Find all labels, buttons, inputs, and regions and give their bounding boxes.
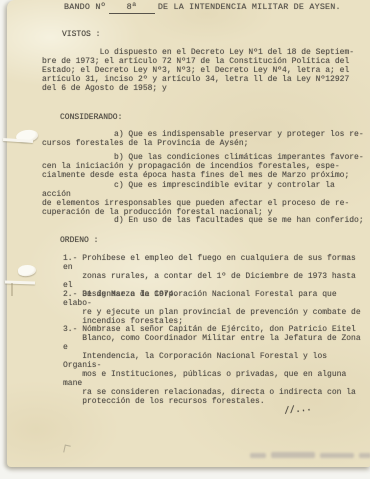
considerando-heading: CONSIDERANDO: xyxy=(60,113,122,122)
bando-header-suffix: DE LA INTENDENCIA MILITAR DE AYSEN. xyxy=(158,2,341,12)
considerando-item-c: c) Que es imprescindible evitar y contro… xyxy=(42,181,368,217)
considerando-item-d: d) En uso de las facultades que se me ha… xyxy=(42,216,368,225)
bando-number: 8ª xyxy=(109,3,155,14)
ordeno-item-2: 2.- Desígnase a la Corporación Nacional … xyxy=(63,290,368,326)
paper-crease xyxy=(11,283,13,296)
ordeno-item-3: 3.- Nómbrase al señor Capitán de Ejércit… xyxy=(63,325,368,406)
bando-header-prefix: BANDO Nº xyxy=(64,2,106,12)
considerando-item-a: a) Que es indispensable preservar y prot… xyxy=(42,130,368,148)
bando-header: BANDO Nº8ªDE LA INTENDENCIA MILITAR DE A… xyxy=(64,3,341,14)
faded-stamp xyxy=(250,452,370,458)
vistos-heading: VISTOS : xyxy=(62,30,100,39)
considerando-item-b: b) Que las condiciones climáticas impera… xyxy=(42,153,368,180)
vistos-paragraph: Lo dispuesto en el Decreto Ley Nº1 del 1… xyxy=(42,48,368,93)
scanned-document: BANDO Nº8ªDE LA INTENDENCIA MILITAR DE A… xyxy=(0,0,370,479)
ordeno-heading: ORDENO : xyxy=(60,236,98,245)
